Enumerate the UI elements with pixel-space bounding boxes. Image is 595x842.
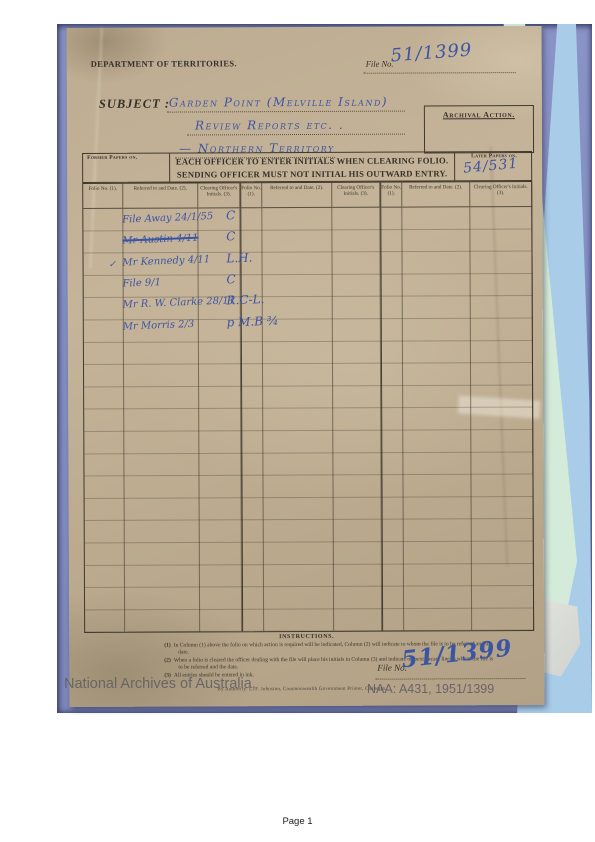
former-papers-box: Former Papers on. bbox=[83, 154, 170, 182]
instruction-number: (2) bbox=[164, 658, 174, 664]
page-number: Page 1 bbox=[0, 816, 595, 827]
file-no-rule bbox=[364, 72, 516, 74]
check-mark: ✓ bbox=[108, 259, 116, 269]
clearing-table-grid: Folio No. (1).Referred to and Date. (2).… bbox=[83, 182, 531, 184]
entry-text: File 9/1 bbox=[122, 277, 161, 290]
clearing-initials: C bbox=[226, 208, 236, 222]
archival-action-label: Archival Action. bbox=[425, 110, 533, 119]
banner-line-1: EACH OFFICER TO ENTER INITIALS WHEN CLEA… bbox=[170, 154, 454, 168]
clearing-table: Folio No. (1).Referred to and Date. (2).… bbox=[82, 181, 534, 633]
table-body-column bbox=[470, 207, 534, 630]
subject-label: SUBJECT : bbox=[99, 97, 170, 112]
later-papers-box: Later Papers on. 54/531 bbox=[455, 152, 533, 180]
table-body-column bbox=[402, 207, 472, 630]
table-header-cell: Clearing Officer's Initials. (3). bbox=[470, 182, 532, 207]
banner-line-2: SENDING OFFICER MUST NOT INITIAL HIS OUT… bbox=[170, 167, 454, 181]
archival-action-box: Archival Action. bbox=[424, 105, 534, 153]
file-no-rule-bottom bbox=[375, 678, 525, 680]
subject-rule bbox=[167, 111, 405, 113]
clearing-banner: EACH OFFICER TO ENTER INITIALS WHEN CLEA… bbox=[170, 152, 455, 181]
naa-watermark-left: National Archives of Australia, bbox=[64, 676, 256, 692]
papers-banner-band: Former Papers on. EACH OFFICER TO ENTER … bbox=[82, 151, 532, 183]
subject-rule bbox=[187, 134, 405, 136]
table-header-cell: Referred to and Date. (2). bbox=[123, 183, 198, 208]
subject-line-1: Garden Point (Melville Island) bbox=[169, 95, 388, 110]
table-body-column bbox=[332, 208, 382, 631]
entry-text: Mr Austin 4/11 bbox=[122, 233, 199, 247]
clearing-initials: L.H. bbox=[226, 250, 253, 265]
entry-text: Mr Morris 2/3 bbox=[123, 318, 195, 332]
archive-photo: DEPARTMENT OF TERRITORIES. File No. 51/1… bbox=[57, 24, 592, 713]
department-title: DEPARTMENT OF TERRITORIES. bbox=[91, 58, 237, 69]
table-header-cell: Folio No. (1). bbox=[240, 183, 262, 208]
table-header-cell: Clearing Officer's Initials. (3). bbox=[198, 183, 240, 208]
table-header-cell: Referred to and Date. (2). bbox=[402, 182, 470, 207]
former-papers-label: Former Papers on. bbox=[83, 154, 169, 161]
table-header-cell: Folio No. (1). bbox=[380, 183, 402, 208]
file-no-label-top: File No. bbox=[366, 59, 394, 69]
table-header-cell: Referred to and Date. (2). bbox=[262, 183, 332, 208]
subject-line-2: Review Reports etc. . bbox=[195, 118, 344, 133]
clearing-initials: C bbox=[226, 272, 236, 286]
clearing-initials: R.C-L. bbox=[226, 292, 264, 307]
instruction-number: (1) bbox=[164, 643, 174, 649]
entry-text: File Away 24/1/55 bbox=[122, 211, 213, 226]
table-header-cell: Folio No. (1). bbox=[83, 184, 123, 209]
clearing-initials: C bbox=[226, 229, 236, 243]
file-cover-document: DEPARTMENT OF TERRITORIES. File No. 51/1… bbox=[67, 26, 545, 707]
table-header-cell: Clearing Officer's Initials. (3). bbox=[332, 183, 380, 208]
clearing-initials: p M.B ¾ bbox=[226, 313, 278, 329]
table-body-column bbox=[380, 208, 404, 631]
file-no-value-top: 51/1399 bbox=[390, 39, 473, 66]
naa-watermark-right: NAA: A431, 1951/1399 bbox=[367, 682, 494, 696]
